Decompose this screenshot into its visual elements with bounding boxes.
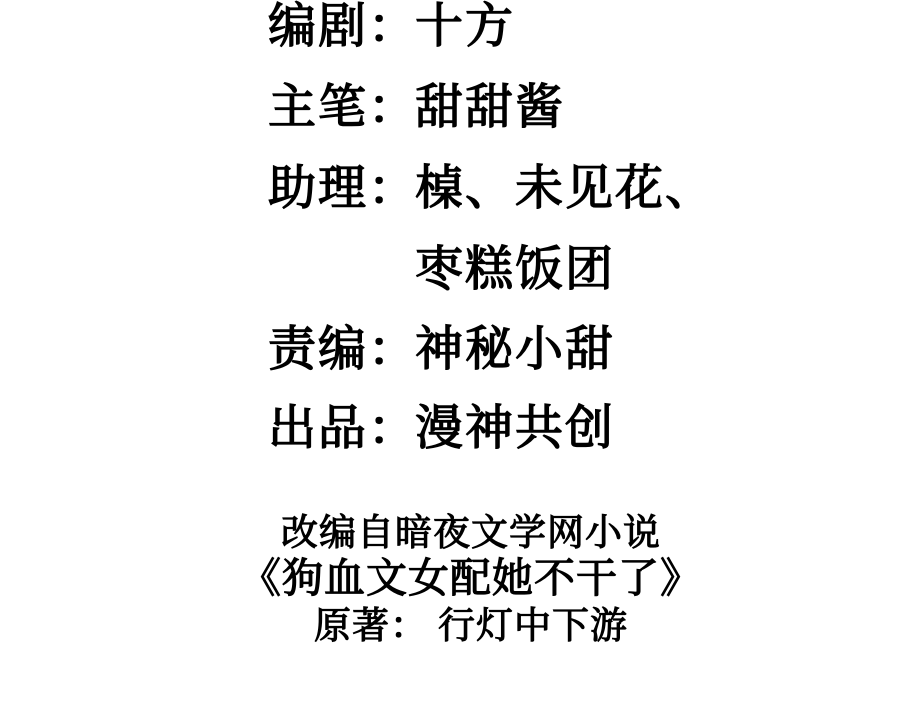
credit-line-producer: 出品：漫神共创 — [268, 404, 615, 454]
credit-line-responsible-editor: 责编：神秘小甜 — [268, 325, 615, 375]
original-author-label: 原著： — [314, 605, 428, 646]
screenwriter-label: 编剧： — [268, 2, 415, 52]
responsible-editor-label: 责编： — [268, 325, 415, 375]
credit-line-assistants-continued: 枣糕饭团 — [415, 245, 615, 295]
credit-line-assistants: 助理：槕、未见花、 — [268, 164, 715, 214]
original-author-line: 原著：行灯中下游 — [21, 595, 900, 649]
lead-artist-name: 甜甜酱 — [415, 81, 565, 134]
credit-line-screenwriter: 编剧：十方 — [268, 2, 515, 52]
responsible-editor-name: 神秘小甜 — [415, 323, 615, 376]
assistants-names-continued: 枣糕饭团 — [415, 243, 615, 296]
assistants-names: 槕、未见花、 — [415, 162, 715, 215]
lead-artist-label: 主笔： — [268, 83, 415, 133]
assistants-label: 助理： — [268, 164, 415, 214]
original-author-name: 行灯中下游 — [438, 605, 628, 646]
credit-line-lead-artist: 主笔：甜甜酱 — [268, 83, 565, 133]
producer-label: 出品： — [268, 404, 415, 454]
credits-page: 编剧：十方 主笔：甜甜酱 助理：槕、未见花、 枣糕饭团 责编：神秘小甜 出品：漫… — [0, 0, 900, 702]
screenwriter-name: 十方 — [415, 0, 515, 53]
producer-name: 漫神共创 — [415, 402, 615, 455]
